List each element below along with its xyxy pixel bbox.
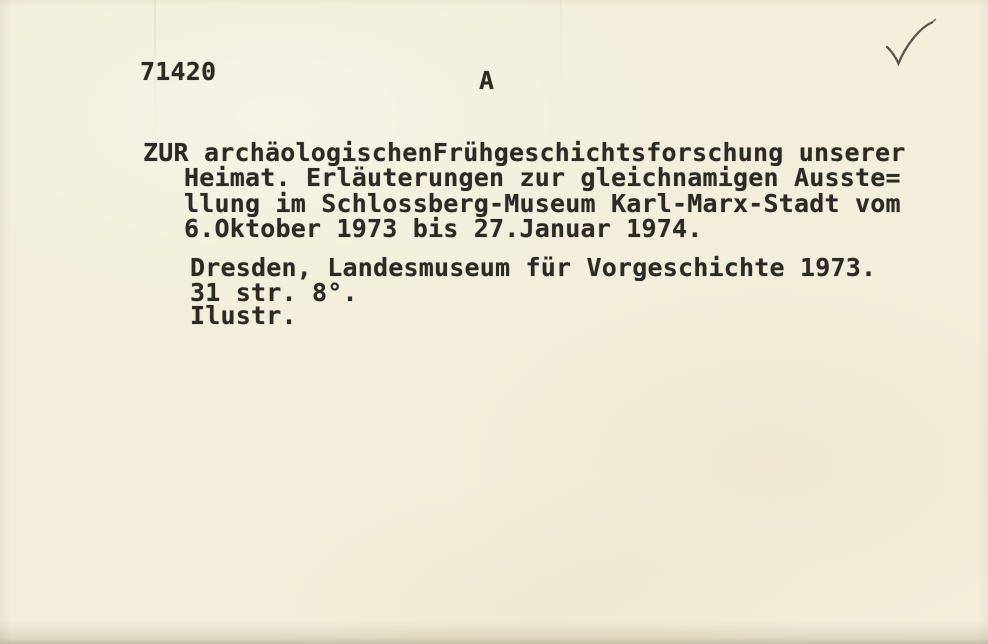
section-letter: A xyxy=(479,68,494,93)
imprint-line: Ilustr. xyxy=(190,303,297,328)
title-line: llung im Schlossberg-Museum Karl-Marx-St… xyxy=(184,191,901,216)
catalog-card: 71420 A ZUR archäologischenFrühgeschicht… xyxy=(0,0,988,644)
paper-crease xyxy=(560,0,562,90)
title-line: 6.Oktober 1973 bis 27.Januar 1974. xyxy=(184,216,703,241)
title-line: Heimat. Erläuterungen zur gleichnamigen … xyxy=(184,165,901,190)
title-line: ZUR archäologischenFrühgeschichtsforschu… xyxy=(143,140,906,165)
catalog-number: 71420 xyxy=(140,59,216,84)
imprint-line: Dresden, Landesmuseum für Vorgeschichte … xyxy=(190,255,876,280)
checkmark-icon xyxy=(876,18,942,78)
